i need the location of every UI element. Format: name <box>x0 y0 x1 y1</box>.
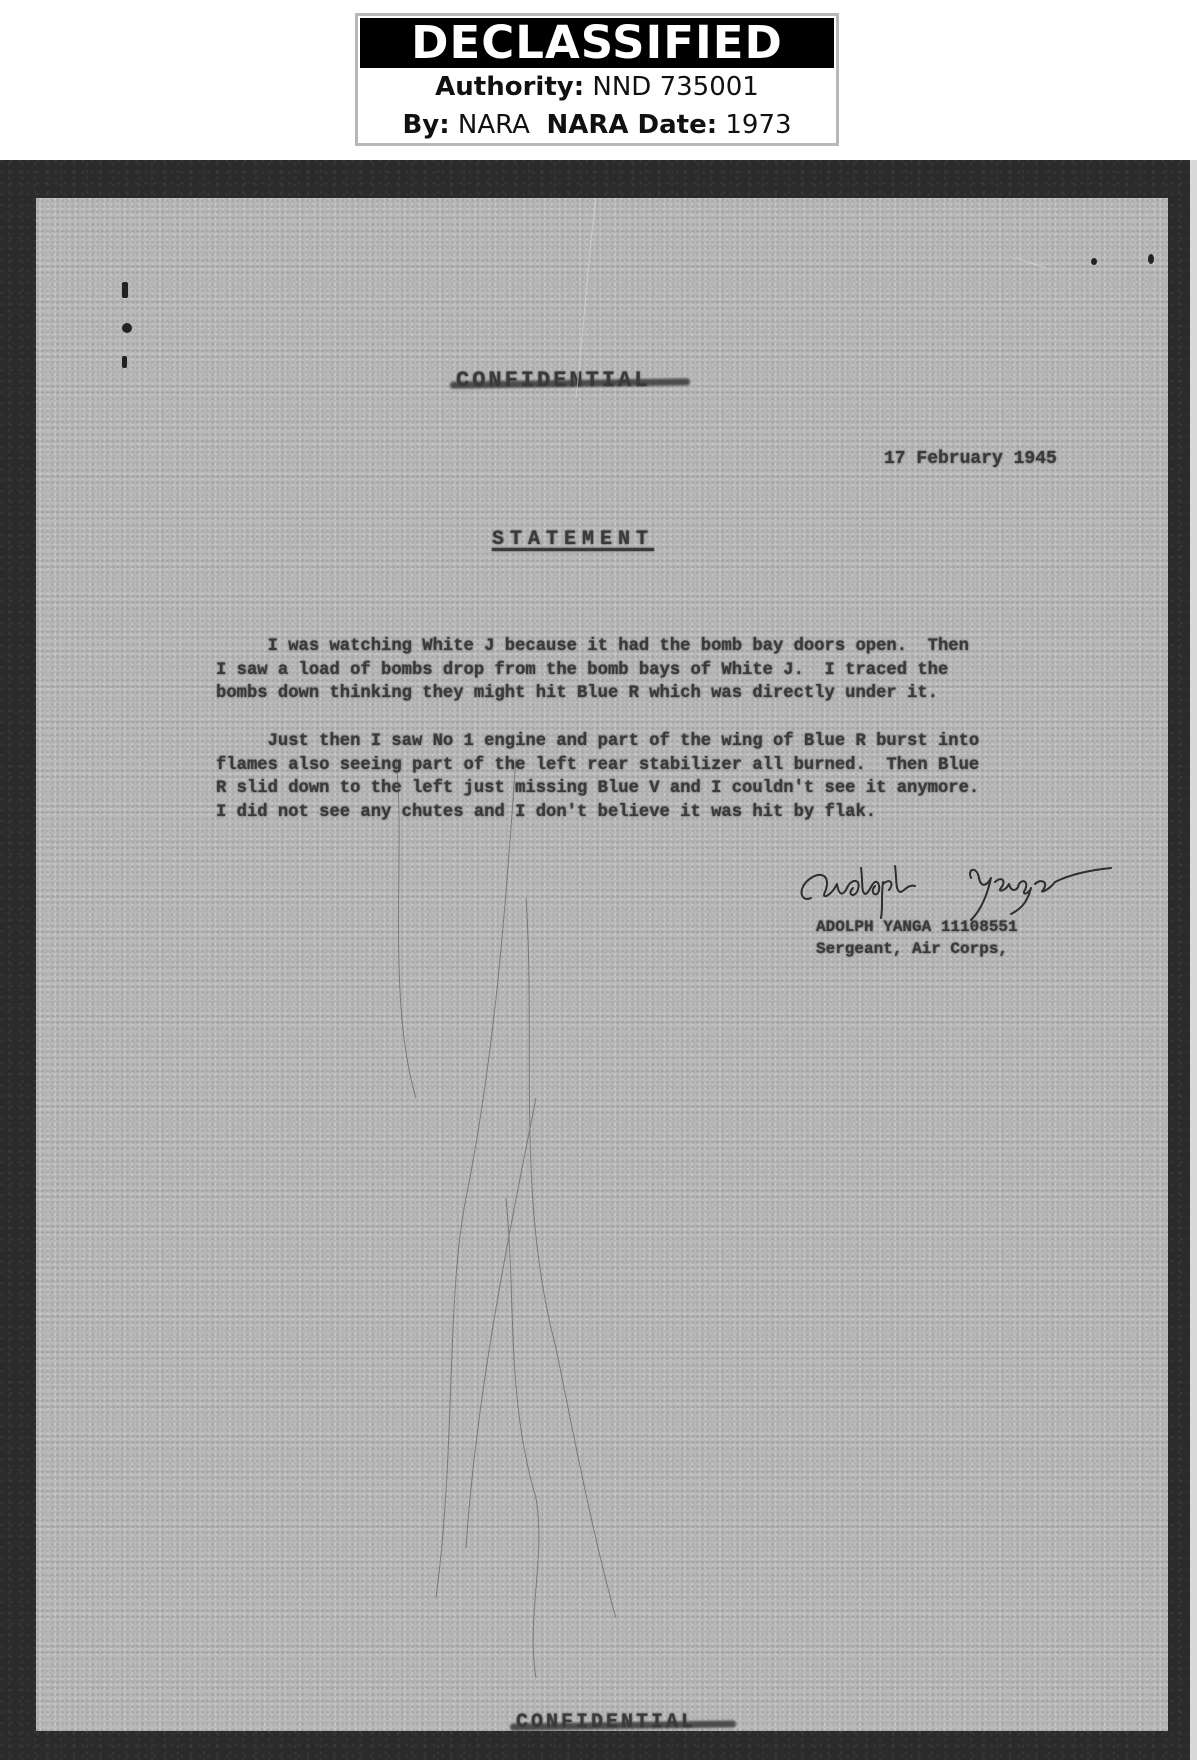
nara-date-value: 1973 <box>725 110 791 140</box>
film-speck <box>122 356 127 368</box>
document-page: CONFIDENTIAL 17 February 1945 STATEMENT … <box>36 198 1168 1731</box>
classification-marking-top: CONFIDENTIAL <box>456 368 650 393</box>
paragraph-line: I did not see any chutes and I don't bel… <box>216 803 876 822</box>
scan-frame: CONFIDENTIAL 17 February 1945 STATEMENT … <box>0 160 1190 1760</box>
paragraph-line: flames also seeing part of the left rear… <box>216 756 979 775</box>
authority-value: NND 735001 <box>592 72 758 102</box>
signatory-block: ADOLPH YANGA 11108551 Sergeant, Air Corp… <box>816 916 1018 960</box>
paragraph-line: bombs down thinking they might hit Blue … <box>216 684 938 703</box>
statement-paragraph-2: Just then I saw No 1 engine and part of … <box>216 730 979 824</box>
signatory-name: ADOLPH YANGA 11108551 <box>816 918 1018 936</box>
film-speck <box>1091 258 1097 265</box>
nara-date-label: NARA Date: <box>546 110 717 140</box>
stamp-authority: Authority: NND 735001 <box>358 68 836 106</box>
paragraph-line: I saw a load of bombs drop from the bomb… <box>216 661 948 680</box>
stamp-heading: DECLASSIFIED <box>360 18 834 68</box>
paragraph-line: I was watching White J because it had th… <box>216 637 969 656</box>
paragraph-line: R slid down to the left just missing Blu… <box>216 779 979 798</box>
statement-paragraph-1: I was watching White J because it had th… <box>216 635 969 706</box>
film-scratches <box>36 198 1168 1731</box>
film-speck <box>1148 254 1154 264</box>
signatory-rank: Sergeant, Air Corps, <box>816 940 1008 958</box>
authority-label: Authority: <box>435 72 584 102</box>
declassified-stamp: DECLASSIFIED Authority: NND 735001 By: N… <box>355 13 839 146</box>
film-speck <box>122 323 132 333</box>
film-speck <box>122 282 128 298</box>
by-label: By: <box>402 110 449 140</box>
scan-edge <box>1190 160 1197 1760</box>
paragraph-line: Just then I saw No 1 engine and part of … <box>216 732 979 751</box>
stamp-by-date: By: NARA NARA Date: 1973 <box>358 106 836 144</box>
classification-marking-bottom: CONFIDENTIAL <box>516 1711 696 1734</box>
document-date: 17 February 1945 <box>884 449 1057 469</box>
by-value: NARA <box>458 110 530 140</box>
document-title: STATEMENT <box>492 528 654 551</box>
